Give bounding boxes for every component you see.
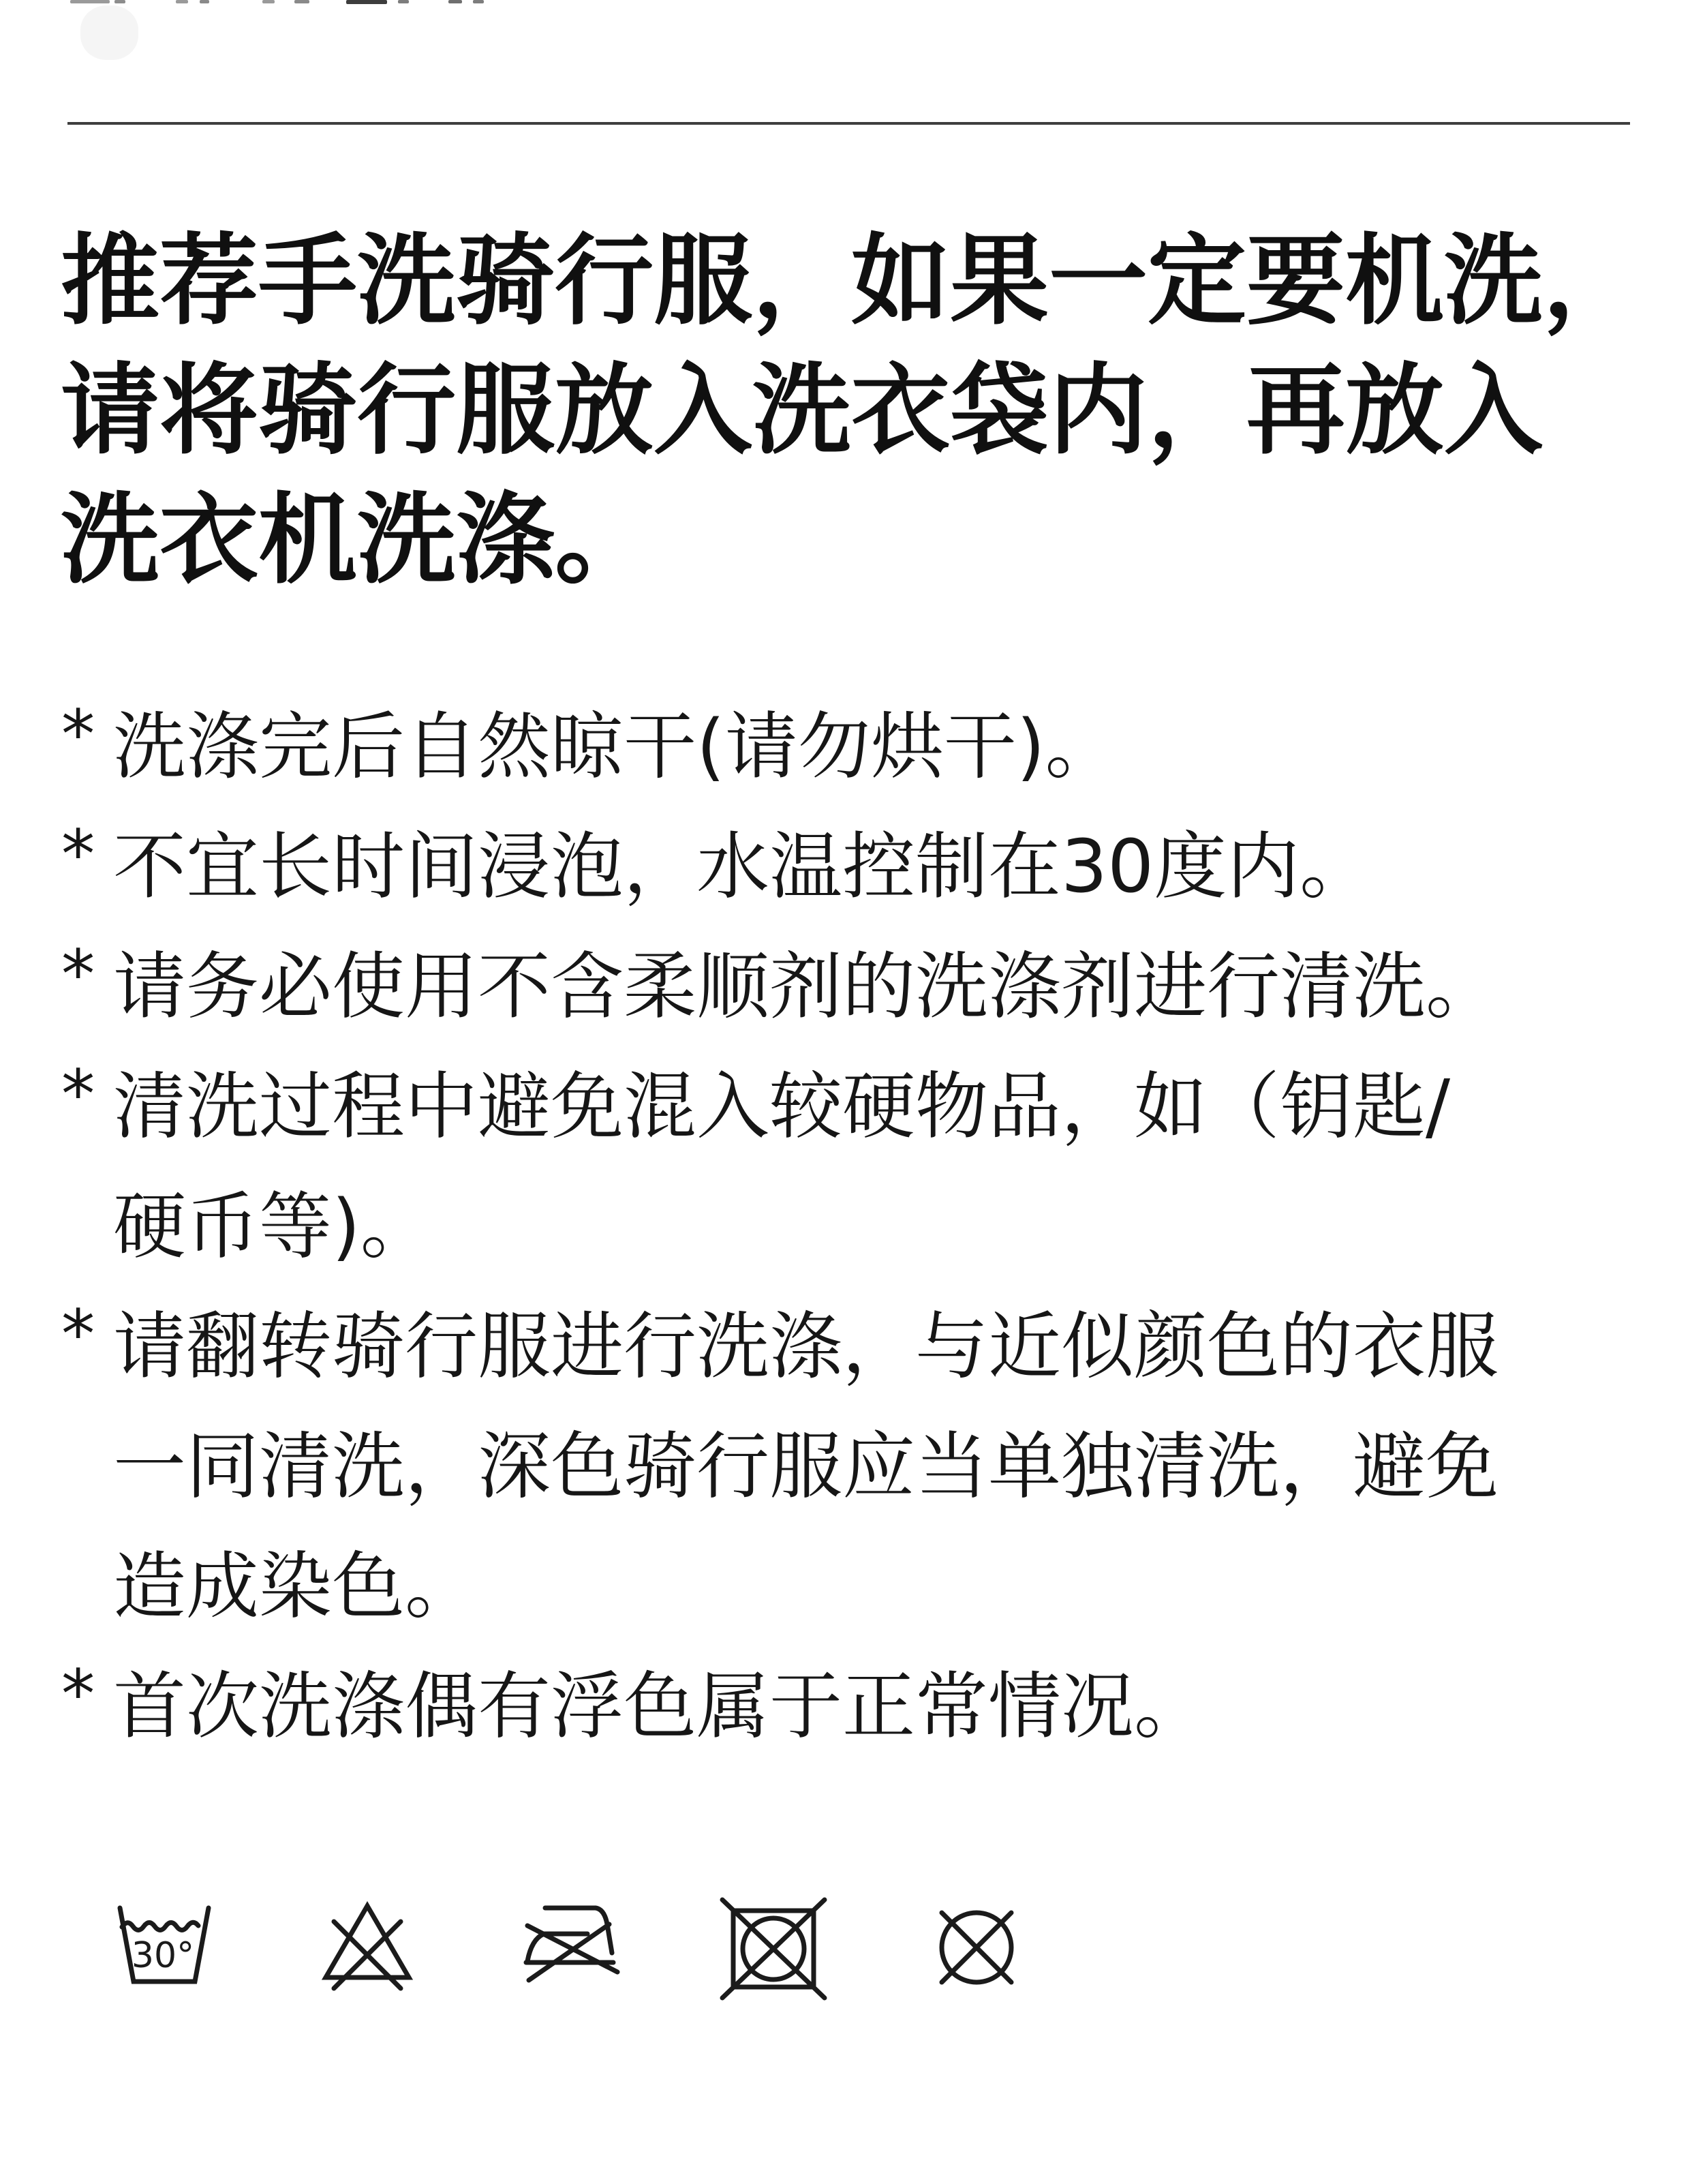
bullet-asterisk: * [61,1301,95,1368]
list-item: * 请翻转骑行服进行洗涤，与近似颜色的衣服 [60,1287,1663,1407]
note-text: 首次洗涤偶有浮色属于正常情况。 [113,1665,1207,1749]
page-title: 推荐手洗骑行服，如果一定要机洗， 请将骑行服放入洗衣袋内，再放入 洗衣机洗涤。 [61,217,1663,605]
do-not-dry-clean-icon [925,1904,1028,1992]
bullet-asterisk: * [61,1661,95,1728]
bullet-asterisk: * [61,821,95,888]
note-text: 一同清洗，深色骑行服应当单独清洗，避免 [113,1425,1499,1509]
list-item: * 首次洗涤偶有浮色属于正常情况。 [60,1647,1663,1767]
care-instructions-page: 推荐手洗骑行服，如果一定要机洗， 请将骑行服放入洗衣袋内，再放入 洗衣机洗涤。 … [0,0,1690,2184]
list-item: * 清洗过程中避免混入较硬物品，如（钥匙/ [60,1047,1663,1167]
note-text: 造成染色。 [113,1545,478,1629]
laundry-symbols-row: 30° [113,1904,1690,1992]
note-text: 不宜长时间浸泡，水温控制在30度内。 [113,825,1372,909]
bullet-asterisk: * [61,1061,95,1128]
bullet-asterisk: * [61,701,95,768]
paper-smudge [80,5,138,60]
heading-line: 请将骑行服放入洗衣袋内，再放入 [61,346,1663,476]
cropped-text-fragments [0,0,1690,8]
do-not-tumble-dry-icon [722,1904,825,1992]
list-item: * 洗涤完后自然晾干(请勿烘干)。 [60,687,1663,807]
list-item-continuation: 硬币等)。 [60,1167,1663,1287]
note-text: 清洗过程中避免混入较硬物品，如（钥匙/ [113,1065,1450,1149]
note-text: 洗涤完后自然晾干(请勿烘干)。 [113,705,1118,789]
heading-line: 洗衣机洗涤。 [61,476,1663,605]
do-not-bleach-icon [316,1904,418,1992]
bullet-asterisk: * [61,941,95,1008]
wash-30-icon: 30° [113,1904,215,1992]
note-text: 硬币等)。 [113,1185,433,1269]
do-not-iron-icon [519,1904,621,1992]
heading-line: 推荐手洗骑行服，如果一定要机洗， [61,217,1663,346]
wash-temperature-label: 30° [132,1935,194,1976]
divider-line [67,122,1630,125]
list-item: * 请务必使用不含柔顺剂的洗涤剂进行清洗。 [60,927,1663,1047]
care-notes-list: * 洗涤完后自然晾干(请勿烘干)。 * 不宜长时间浸泡，水温控制在30度内。 *… [60,687,1663,1767]
note-text: 请翻转骑行服进行洗涤，与近似颜色的衣服 [113,1305,1499,1389]
list-item-continuation: 造成染色。 [60,1527,1663,1647]
note-text: 请务必使用不含柔顺剂的洗涤剂进行清洗。 [113,945,1499,1029]
list-item: * 不宜长时间浸泡，水温控制在30度内。 [60,807,1663,927]
list-item-continuation: 一同清洗，深色骑行服应当单独清洗，避免 [60,1407,1663,1527]
